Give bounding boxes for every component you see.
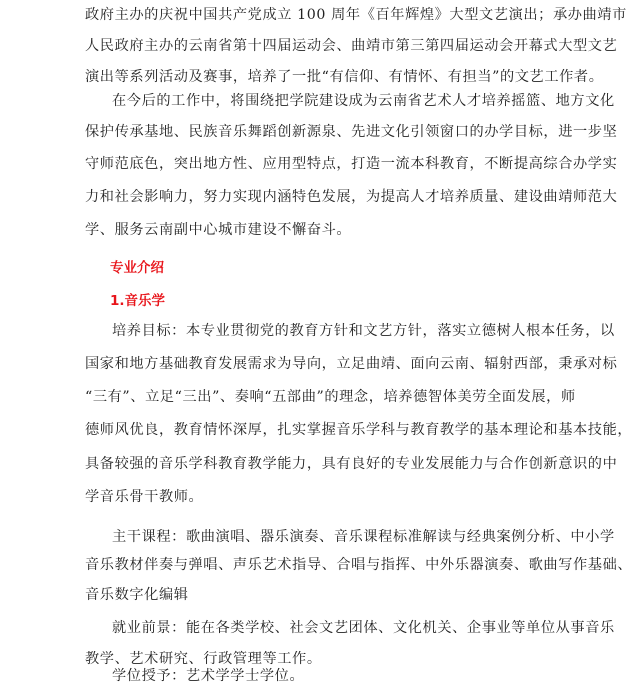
paragraph-line: 保护传承基地、民族音乐舞蹈创新源泉、先进文化引领窗口的办学目标，进一步坚 <box>85 123 617 141</box>
paragraph-line: 音乐教材伴奏与弹唱、声乐艺术指导、合唱与指挥、中外乐器演奏、歌曲写作基础、 <box>85 556 632 574</box>
paragraph-line: 力和社会影响力，努力实现内涵特色发展，为提高人才培养质量、建设曲靖师范大 <box>85 188 617 206</box>
paragraph-line: 守师范底色，突出地方性、应用型特点，打造一流本科教育，不断提高综合办学实 <box>85 155 617 173</box>
paragraph-line: 演出等系列活动及赛事，培养了一批“有信仰、有情怀、有担当”的文艺工作者。 <box>85 68 603 86</box>
major-heading: 1.音乐学 <box>110 292 165 310</box>
paragraph-line: 国家和地方基础教育发展需求为导向，立足曲靖、面向云南、辐射西部，秉承对标 <box>85 355 617 373</box>
paragraph-line: 学、服务云南副中心城市建设不懈奋斗。 <box>85 221 351 239</box>
paragraph-line: 在今后的工作中，将围绕把学院建设成为云南省艺术人才培养摇篮、地方文化 <box>112 92 615 110</box>
paragraph-line: 教学、艺术研究、行政管理等工作。 <box>85 650 322 668</box>
paragraph-line: “三有”、立足“三出”、奏响“五部曲”的理念，培养德智体美劳全面发展，师 <box>85 388 576 406</box>
paragraph-line: 具备较强的音乐学科教育教学能力，具有良好的专业发展能力与合作创新意识的中 <box>85 455 617 473</box>
paragraph-line: 学位授予：艺术学学士学位。 <box>112 667 304 685</box>
paragraph-line: 音乐数字化编辑 <box>85 586 189 604</box>
paragraph-line: 主干课程：歌曲演唱、器乐演奏、音乐课程标准解读与经典案例分析、中小学 <box>112 528 615 546</box>
paragraph-line: 培养目标：本专业贯彻党的教育方针和文艺方针，落实立德树人根本任务，以 <box>112 322 615 340</box>
paragraph-line: 人民政府主办的云南省第十四届运动会、曲靖市第三第四届运动会开幕式大型文艺 <box>85 37 617 55</box>
paragraph-line: 就业前景：能在各类学校、社会文艺团体、文化机关、企事业等单位从事音乐 <box>112 619 615 637</box>
paragraph-line: 学音乐骨干教师。 <box>85 488 203 506</box>
paragraph-line: 德师风优良，教育情怀深厚，扎实掌握音乐学科与教育教学的基本理论和基本技能， <box>85 421 632 439</box>
section-heading: 专业介绍 <box>110 259 164 277</box>
paragraph-line: 政府主办的庆祝中国共产党成立 100 周年《百年辉煌》大型文艺演出；承办曲靖市 <box>85 6 627 24</box>
